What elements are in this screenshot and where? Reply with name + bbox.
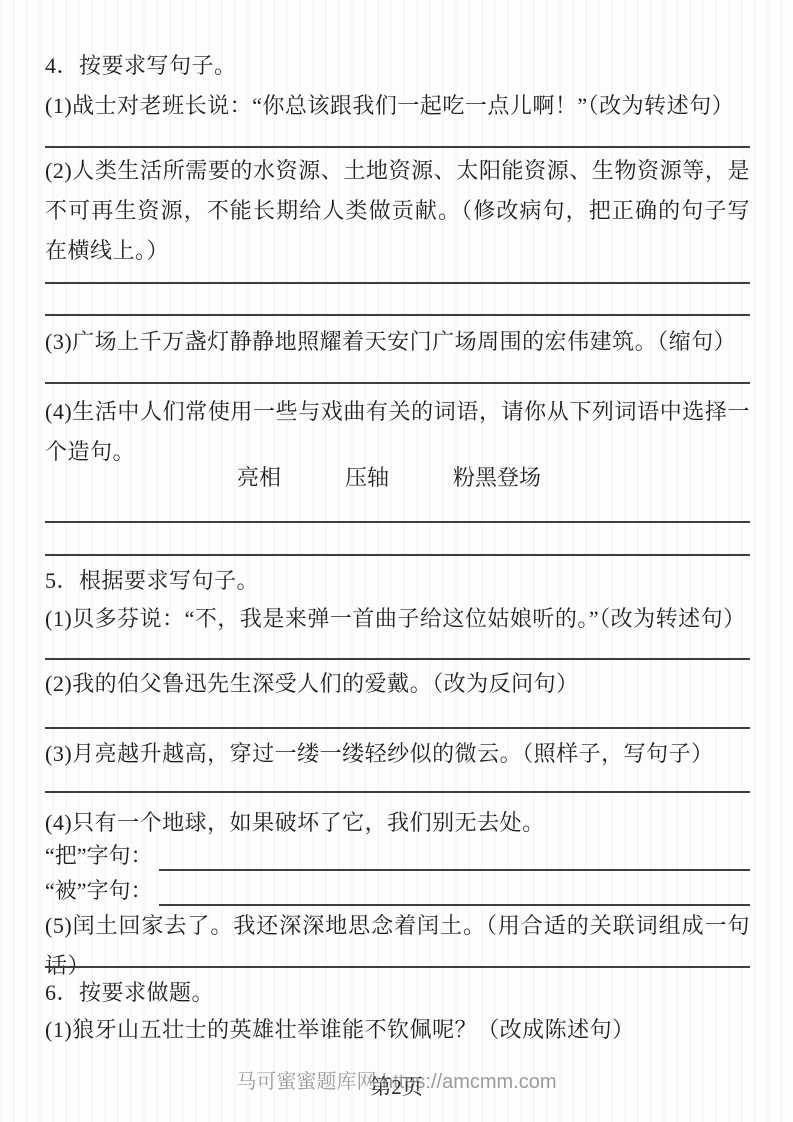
question-6-item-1: (1)狼牙山五壮士的英雄壮举谁能不钦佩呢？（改成陈述句）: [45, 1010, 750, 1050]
answer-blank: [159, 874, 750, 906]
ba-sentence-label: “把”字句：: [45, 841, 153, 871]
question-5-item-2: (2)我的伯父鲁迅先生深受人们的爱戴。（改为反问句）: [45, 664, 750, 704]
question-5-item-1: (1)贝多芬说：“不，我是来弹一首曲子给这位姑娘听的。”（改为转述句）: [45, 599, 750, 639]
word-options-row: 亮相 压轴 粉黑登场: [237, 458, 541, 498]
worksheet-page: 4．按要求写句子。 (1)战士对老班长说：“你总该跟我们一起吃一点儿啊！”（改为…: [0, 0, 793, 1122]
answer-line: [45, 282, 750, 284]
answer-line: [45, 727, 750, 729]
answer-line: [45, 658, 750, 660]
question-4-title: 4．按要求写句子。: [45, 46, 750, 86]
answer-line: [45, 314, 750, 316]
answer-line: [45, 521, 750, 523]
answer-line: [45, 146, 750, 148]
question-5-item-3: (3)月亮越升越高，穿过一缕一缕轻纱似的微云。（照样子，写句子）: [45, 734, 750, 774]
question-5-title: 5．根据要求写句子。: [45, 561, 750, 601]
question-4-item-1: (1)战士对老班长说：“你总该跟我们一起吃一点儿啊！”（改为转述句）: [45, 86, 750, 126]
word-option-fenheidengchang: 粉黑登场: [453, 458, 541, 498]
answer-line: [45, 554, 750, 556]
answer-blank: [159, 839, 750, 871]
question-4-item-3: (3)广场上千万盏灯静静地照耀着天安门广场周围的宏伟建筑。（缩句）: [45, 322, 750, 362]
answer-line: [45, 382, 750, 384]
ba-sentence-row: “把”字句：: [45, 841, 750, 871]
bei-sentence-label: “被”字句：: [45, 876, 153, 906]
answer-line: [45, 791, 750, 793]
question-4-item-2: (2)人类生活所需要的水资源、土地资源、太阳能资源、生物资源等，是不可再生资源，…: [45, 151, 750, 271]
question-5-item-4: (4)只有一个地球，如果破坏了它，我们别无去处。: [45, 803, 750, 843]
page-number: 第2页: [0, 1074, 793, 1100]
word-option-yazhou: 压轴: [345, 458, 389, 498]
bei-sentence-row: “被”字句：: [45, 876, 750, 906]
word-option-liangxiang: 亮相: [237, 458, 281, 498]
answer-line: [45, 966, 750, 968]
question-6-title: 6．按要求做题。: [45, 973, 750, 1013]
